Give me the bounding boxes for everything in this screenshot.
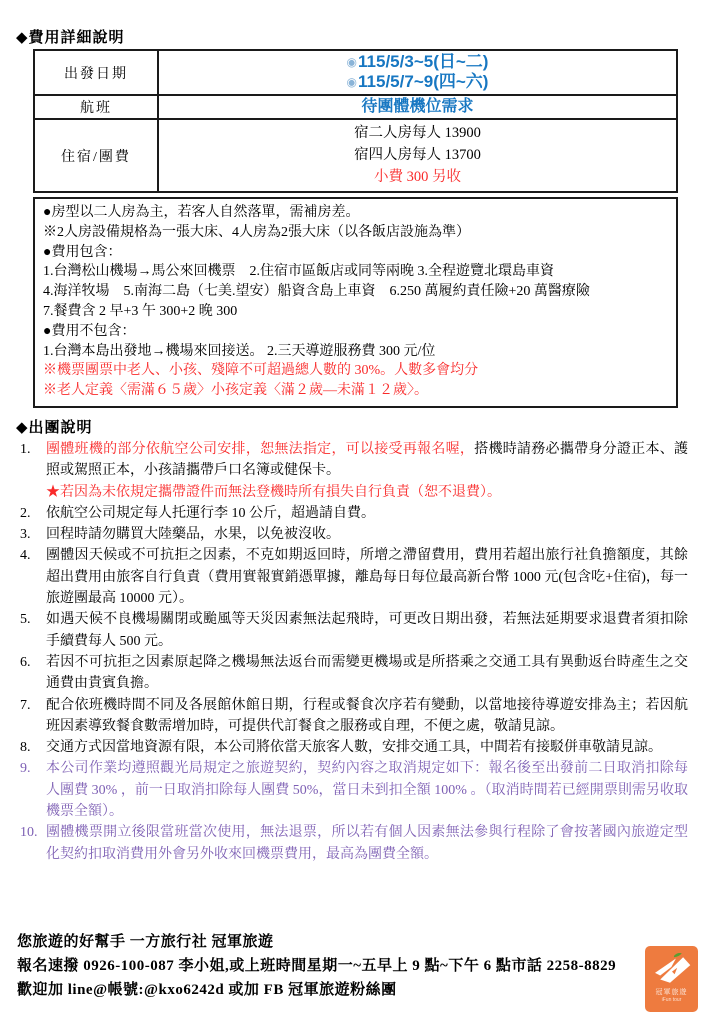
departure-date-label: 出發日期 <box>35 51 159 94</box>
fee-note-line: 7.餐費含 2 早+3 午 300+2 晚 300 <box>43 302 668 322</box>
fee-notes-box: ●房型以二人房為主，若客人自然落單，需補房差。 ※2人房設備規格為一張大床、4人… <box>33 197 678 408</box>
footer-phone-line: 報名速撥 0926-100-087 李小姐,或上班時間星期一~五早上 9 點~下… <box>17 954 632 978</box>
departure-date-1-text: 115/5/3~5(日~二) <box>358 52 488 71</box>
item-body: 回程時請勿購買大陸藥品，水果，以免被沒收。 <box>46 524 688 545</box>
fee-note-line-age-definition: ※老人定義〈需滿６５歲〉小孩定義〈滿２歲—未滿１２歲〉。 <box>43 381 668 401</box>
bird-icon <box>652 952 692 986</box>
item-number: 1. <box>20 439 46 503</box>
item-number: 6. <box>20 652 46 695</box>
fee-note-line: ●費用不包含： <box>43 322 668 342</box>
item-number: 5. <box>20 609 46 652</box>
item-body: 團體因天候或不可抗拒之因素，不克如期返回時，所增之滯留費用，費用若超出旅行社負擔… <box>46 545 688 609</box>
footer-social-line: 歡迎加 line@帳號:@kxo6242d 或加 FB 冠軍旅遊粉絲團 <box>17 978 632 1002</box>
item-body: 依航空公司規定每人托運行李 10 公斤，超過請自費。 <box>46 503 688 524</box>
lodging-fee-label: 住宿/團費 <box>35 120 159 191</box>
item-run: 團體班機的部分依航空公司安排，恕無法指定，可以接受再報名喔， <box>46 442 474 457</box>
list-item: 1. 團體班機的部分依航空公司安排，恕無法指定，可以接受再報名喔，搭機時請務必攜… <box>20 439 688 503</box>
flight-label: 航班 <box>35 96 159 118</box>
tour-notes-list: 1. 團體班機的部分依航空公司安排，恕無法指定，可以接受再報名喔，搭機時請務必攜… <box>20 439 688 865</box>
item-body-ticket-policy: 團體機票開立後限當班當次使用，無法退票，所以若有個人因素無法參與行程除了會按著國… <box>46 822 688 865</box>
list-item: 3. 回程時請勿購買大陸藥品，水果，以免被沒收。 <box>20 524 688 545</box>
table-row-lodging: 住宿/團費 宿二人房每人 13900 宿四人房每人 13700 小費 300 另… <box>35 120 676 191</box>
list-item: 9. 本公司作業均遵照觀光局規定之旅遊契約，契約內容之取消規定如下：報名後至出發… <box>20 758 688 822</box>
item-body: 如遇天候不良機場關閉或颱風等天災因素無法起飛時，可更改日期出發，若無法延期要求退… <box>46 609 688 652</box>
departure-date-values: ◉115/5/3~5(日~二) ◉115/5/7~9(四~六) <box>159 51 676 94</box>
logo-brand-name-cn: 冠軍旅遊 <box>656 988 688 997</box>
list-item: 2. 依航空公司規定每人托運行李 10 公斤，超過請自費。 <box>20 503 688 524</box>
table-row-flight: 航班 待團體機位需求 <box>35 96 676 120</box>
fee-note-line: ●房型以二人房為主，若客人自然落單，需補房差。 <box>43 203 668 223</box>
item-number: 8. <box>20 737 46 758</box>
logo-brand-name-en: iFun tour <box>662 997 682 1004</box>
list-item: 8. 交通方式因當地資源有限，本公司將依當天旅客人數，安排交通工具，中間若有接駁… <box>20 737 688 758</box>
item-number: 3. <box>20 524 46 545</box>
fee-note-line: ※2人房設備規格為一張大床、4人房為2張大床（以各飯店設施為準） <box>43 223 668 243</box>
item-body: 配合依班機時間不同及各展館休館日期，行程或餐食次序若有變動，以當地接待導遊安排為… <box>46 695 688 738</box>
circle-bullet-icon: ◉ <box>347 55 357 69</box>
list-item: 10. 團體機票開立後限當班當次使用，無法退票，所以若有個人因素無法參與行程除了… <box>20 822 688 865</box>
item-number: 2. <box>20 503 46 524</box>
fee-note-line: 1.台灣本島出發地→機場來回接送。 2.三天導遊服務費 300 元/位 <box>43 342 668 362</box>
table-row-departure: 出發日期 ◉115/5/3~5(日~二) ◉115/5/7~9(四~六) <box>35 51 676 96</box>
company-logo: 冠軍旅遊 iFun tour <box>645 946 698 1012</box>
circle-bullet-icon: ◉ <box>347 75 357 89</box>
list-item: 6. 若因不可抗拒之因素原起降之機場無法返台而需變更機場或是所搭乘之交通工具有異… <box>20 652 688 695</box>
item-run-warning: ★若因為未依規定攜帶證件而無法登機時所有損失自行負責（恕不退費）。 <box>46 482 688 503</box>
fee-note-line: ●費用包含： <box>43 243 668 263</box>
lodging-fee-values: 宿二人房每人 13900 宿四人房每人 13700 小費 300 另收 <box>159 120 676 191</box>
departure-date-2: ◉115/5/7~9(四~六) <box>159 72 676 92</box>
item-body-cancellation-policy: 本公司作業均遵照觀光局規定之旅遊契約，契約內容之取消規定如下：報名後至出發前二日… <box>46 758 688 822</box>
list-item: 4. 團體因天候或不可抗拒之因素，不克如期返回時，所增之滯留費用，費用若超出旅行… <box>20 545 688 609</box>
fee-section-title: ◆費用詳細說明 <box>16 26 710 47</box>
footer-slogan: 您旅遊的好幫手 一方旅行社 冠軍旅遊 <box>17 930 632 954</box>
item-number: 4. <box>20 545 46 609</box>
fee-note-line: 4.海洋牧場 5.南海二島（七美.望安）船資含島上車資 6.250 萬履約責任險… <box>43 282 668 302</box>
fee-table: 出發日期 ◉115/5/3~5(日~二) ◉115/5/7~9(四~六) 航班 … <box>33 49 678 193</box>
fee-note-line-senior-ratio: ※機票團票中老人、小孩、殘障不可超過總人數的 30%。人數多會均分 <box>43 361 668 381</box>
list-item: 7. 配合依班機時間不同及各展館休館日期，行程或餐食次序若有變動，以當地接待導遊… <box>20 695 688 738</box>
lodging-price-quad: 宿四人房每人 13700 <box>159 144 676 166</box>
list-item: 5. 如遇天候不良機場關閉或颱風等天災因素無法起飛時，可更改日期出發，若無法延期… <box>20 609 688 652</box>
item-body: 團體班機的部分依航空公司安排，恕無法指定，可以接受再報名喔，搭機時請務必攜帶身分… <box>46 439 688 503</box>
item-body: 若因不可抗拒之因素原起降之機場無法返台而需變更機場或是所搭乘之交通工具有異動返台… <box>46 652 688 695</box>
item-number: 10. <box>20 822 46 865</box>
flight-value: 待團體機位需求 <box>159 96 676 118</box>
item-body: 交通方式因當地資源有限，本公司將依當天旅客人數，安排交通工具，中間若有接駁併車敬… <box>46 737 688 758</box>
item-number: 7. <box>20 695 46 738</box>
tip-fee-note: 小費 300 另收 <box>159 166 676 188</box>
tour-section-title: ◆出團說明 <box>16 416 710 437</box>
departure-date-1: ◉115/5/3~5(日~二) <box>159 52 676 72</box>
footer-contact-block: 您旅遊的好幫手 一方旅行社 冠軍旅遊 報名速撥 0926-100-087 李小姐… <box>17 930 632 1002</box>
lodging-price-double: 宿二人房每人 13900 <box>159 122 676 144</box>
item-number: 9. <box>20 758 46 822</box>
fee-note-line: 1.台灣松山機場→馬公來回機票 2.住宿市區飯店或同等兩晚 3.全程遊覽北環島車… <box>43 262 668 282</box>
travel-fee-document: ◆費用詳細說明 出發日期 ◉115/5/3~5(日~二) ◉115/5/7~9(… <box>0 0 710 1024</box>
departure-date-2-text: 115/5/7~9(四~六) <box>358 72 488 91</box>
